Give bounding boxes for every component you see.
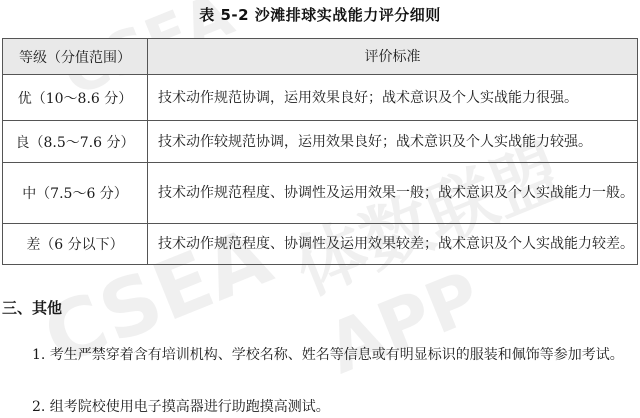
table-row: 差（6 分以下） 技术动作规范程度、协调性及运用效果较差；战术意识及个人实战能力… (3, 224, 638, 265)
criteria-cell: 技术动作较规范协调，运用效果良好；战术意识及个人实战能力较强。 (148, 121, 638, 163)
table-title: 表 5-2 沙滩排球实战能力评分细则 (0, 4, 640, 25)
criteria-cell: 技术动作规范协调，运用效果良好；战术意识及个人实战能力很强。 (148, 75, 638, 121)
header-criteria: 评价标准 (148, 39, 638, 75)
criteria-cell: 技术动作规范程度、协调性及运用效果较差；战术意识及个人实战能力较差。 (148, 224, 638, 265)
section-heading: 三、其他 (2, 297, 62, 318)
table-row: 中（7.5～6 分） 技术动作规范程度、协调性及运用效果一般；战术意识及个人实战… (3, 163, 638, 224)
table-header-row: 等级（分值范围） 评价标准 (3, 39, 638, 75)
grade-cell: 中（7.5～6 分） (3, 163, 148, 224)
grade-cell: 差（6 分以下） (3, 224, 148, 265)
scoring-table: 等级（分值范围） 评价标准 优（10～8.6 分） 技术动作规范协调，运用效果良… (2, 38, 638, 265)
grade-cell: 优（10～8.6 分） (3, 75, 148, 121)
table-row: 良（8.5～7.6 分） 技术动作较规范协调，运用效果良好；战术意识及个人实战能… (3, 121, 638, 163)
grade-cell: 良（8.5～7.6 分） (3, 121, 148, 163)
paragraph-1: 1. 考生严禁穿着含有培训机构、学校名称、姓名等信息或有明显标识的服装和佩饰等参… (2, 342, 638, 368)
header-grade: 等级（分值范围） (3, 39, 148, 75)
table-row: 优（10～8.6 分） 技术动作规范协调，运用效果良好；战术意识及个人实战能力很… (3, 75, 638, 121)
criteria-cell: 技术动作规范程度、协调性及运用效果一般；战术意识及个人实战能力一般。 (148, 163, 638, 224)
paragraph-2: 2. 组考院校使用电子摸高器进行助跑摸高测试。 (2, 394, 638, 418)
